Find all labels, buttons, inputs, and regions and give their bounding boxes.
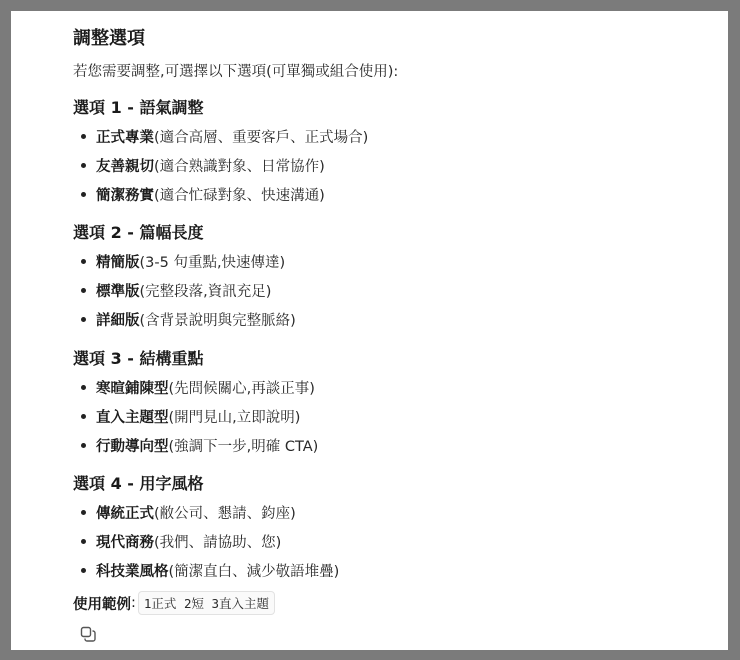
item-bold: 科技業風格 (96, 560, 169, 581)
item-desc: (適合忙碌對象、快速溝通) (154, 184, 325, 205)
item-bold: 友善親切 (96, 155, 154, 176)
item-desc: (含背景說明與完整脈絡) (140, 309, 296, 330)
item-desc: (敝公司、懇請、鈞座) (154, 502, 296, 523)
item-desc: (先問候關心,再談正事) (169, 377, 315, 398)
item-bold: 行動導向型 (96, 435, 169, 456)
message-panel: 調整選項 若您需要調整,可選擇以下選項(可單獨或組合使用): 選項 1 - 語氣… (11, 11, 728, 650)
bullet-icon (81, 539, 86, 544)
bullet-icon (81, 134, 86, 139)
item-bold: 寒暄鋪陳型 (96, 377, 169, 398)
list-item: 友善親切(適合熟識對象、日常協作) (81, 155, 325, 176)
bullet-icon (81, 568, 86, 573)
item-bold: 詳細版 (96, 309, 140, 330)
list-item: 詳細版(含背景說明與完整脈絡) (81, 309, 296, 330)
bullet-icon (81, 443, 86, 448)
item-bold: 簡潔務實 (96, 184, 154, 205)
usage-example: 使用範例 : 1正式 2短 3直入主題 (73, 591, 275, 615)
bullet-icon (81, 288, 86, 293)
bullet-icon (81, 510, 86, 515)
item-bold: 傳統正式 (96, 502, 154, 523)
item-desc: (3-5 句重點,快速傳達) (140, 251, 286, 272)
bullet-icon (81, 192, 86, 197)
example-label: 使用範例 (73, 593, 131, 614)
copy-button[interactable] (77, 623, 99, 645)
bullet-icon (81, 317, 86, 322)
item-desc: (簡潔直白、減少敬語堆疊) (169, 560, 340, 581)
list-item: 科技業風格(簡潔直白、減少敬語堆疊) (81, 560, 339, 581)
item-desc: (強調下一步,明確 CTA) (169, 435, 319, 456)
copy-icon (80, 626, 96, 642)
item-desc: (適合熟識對象、日常協作) (154, 155, 325, 176)
item-desc: (完整段落,資訊充足) (140, 280, 272, 301)
bullet-icon (81, 385, 86, 390)
bullet-icon (81, 163, 86, 168)
list-item: 標準版(完整段落,資訊充足) (81, 280, 271, 301)
section-heading-structure: 選項 3 - 結構重點 (73, 346, 204, 369)
item-bold: 正式專業 (96, 126, 154, 147)
example-colon: : (131, 595, 136, 611)
example-code: 1正式 2短 3直入主題 (138, 591, 275, 615)
item-bold: 現代商務 (96, 531, 154, 552)
list-item: 簡潔務實(適合忙碌對象、快速溝通) (81, 184, 325, 205)
bullet-icon (81, 414, 86, 419)
list-item: 現代商務(我們、請協助、您) (81, 531, 281, 552)
item-desc: (開門見山,立即說明) (169, 406, 301, 427)
page-title: 調整選項 (73, 24, 145, 50)
item-bold: 直入主題型 (96, 406, 169, 427)
list-item: 精簡版(3-5 句重點,快速傳達) (81, 251, 285, 272)
list-item: 傳統正式(敝公司、懇請、鈞座) (81, 502, 296, 523)
section-heading-length: 選項 2 - 篇幅長度 (73, 220, 204, 243)
list-item: 直入主題型(開門見山,立即說明) (81, 406, 300, 427)
item-desc: (適合高層、重要客戶、正式場合) (154, 126, 368, 147)
list-item: 行動導向型(強調下一步,明確 CTA) (81, 435, 318, 456)
section-heading-tone: 選項 1 - 語氣調整 (73, 95, 204, 118)
item-desc: (我們、請協助、您) (154, 531, 281, 552)
item-bold: 標準版 (96, 280, 140, 301)
item-bold: 精簡版 (96, 251, 140, 272)
section-heading-wording: 選項 4 - 用字風格 (73, 471, 204, 494)
list-item: 正式專業(適合高層、重要客戶、正式場合) (81, 126, 368, 147)
bullet-icon (81, 259, 86, 264)
intro-text: 若您需要調整,可選擇以下選項(可單獨或組合使用): (73, 60, 398, 81)
list-item: 寒暄鋪陳型(先問候關心,再談正事) (81, 377, 315, 398)
